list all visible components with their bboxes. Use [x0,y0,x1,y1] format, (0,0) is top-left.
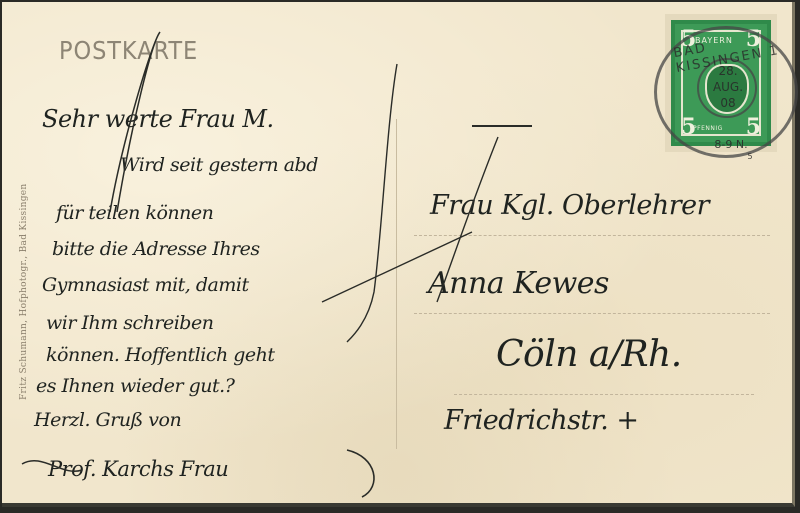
postmark-month: AUG. [709,80,747,94]
postmark-time: 8-9 N. [706,138,756,151]
postmark-year: 08 [713,96,743,110]
postmark-subcode: 5 [744,152,756,161]
postmark-day: 28. [711,64,745,78]
postcard: POSTKARTE Fritz Schumann, Hofphotogr., B… [2,2,795,507]
